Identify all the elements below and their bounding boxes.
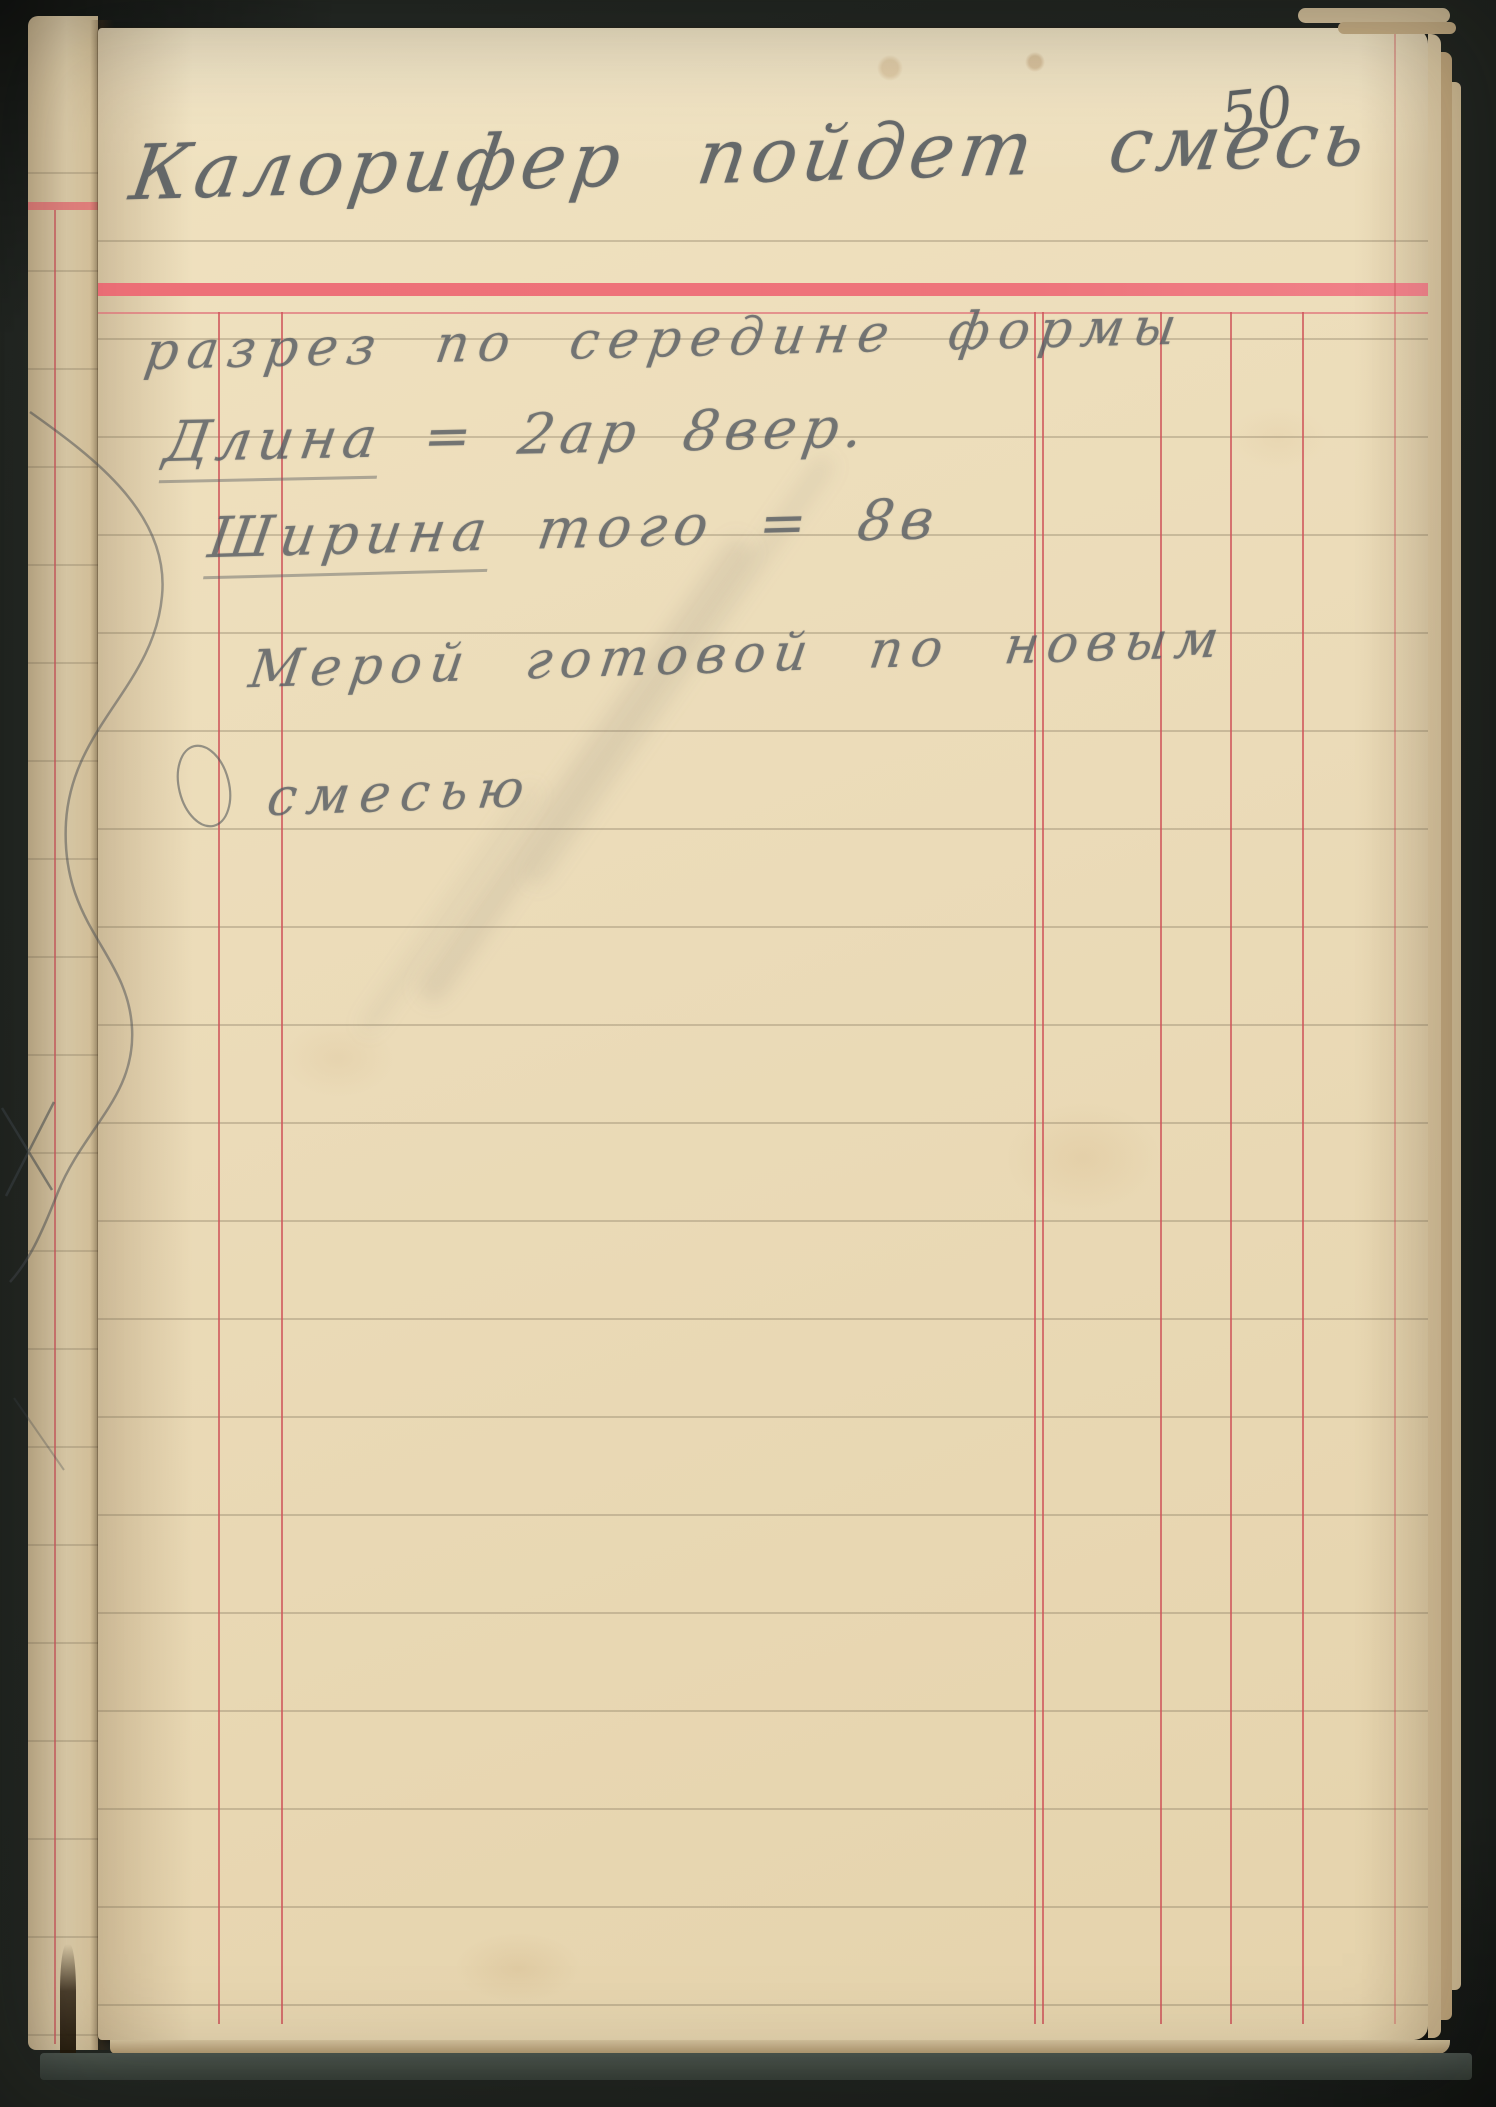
- page-stack-corner: [1298, 8, 1450, 23]
- handwriting-line-4-value: того = 8в: [533, 487, 945, 563]
- page-stack-edge: [1441, 52, 1452, 2020]
- book-cover-edge: [40, 2053, 1472, 2080]
- red-margin-line: [1394, 28, 1396, 2024]
- handwriting-line-4-term: Ширина: [203, 499, 498, 580]
- previous-page-ruled-lines: [28, 76, 98, 2050]
- previous-page-red-margin-line: [54, 210, 56, 2044]
- red-margin-line: [1302, 312, 1304, 2024]
- previous-page-red-header-line: [28, 202, 98, 210]
- handwriting-line-3-value: = 2ар 8вер.: [419, 395, 873, 470]
- page-stack-corner: [1338, 22, 1456, 34]
- red-margin-line: [1160, 312, 1162, 2024]
- red-header-line: [98, 283, 1428, 296]
- red-margin-line-double: [1042, 312, 1044, 2024]
- handwriting-line-3-term: Длина: [159, 405, 388, 483]
- page-stack-edge: [1452, 82, 1461, 1990]
- handwriting-line-6: смесью: [264, 759, 539, 829]
- red-margin-line: [1230, 312, 1232, 2024]
- notebook-scan: 50 Калорифер пойдет смесь разрез по сере…: [0, 0, 1496, 2107]
- red-margin-line-double: [1034, 312, 1036, 2024]
- previous-page-edge: [28, 16, 98, 2050]
- gutter-crack: [60, 1944, 76, 2062]
- page-stack-edge: [1428, 34, 1441, 2038]
- page-bottom-edge: [110, 2040, 1450, 2054]
